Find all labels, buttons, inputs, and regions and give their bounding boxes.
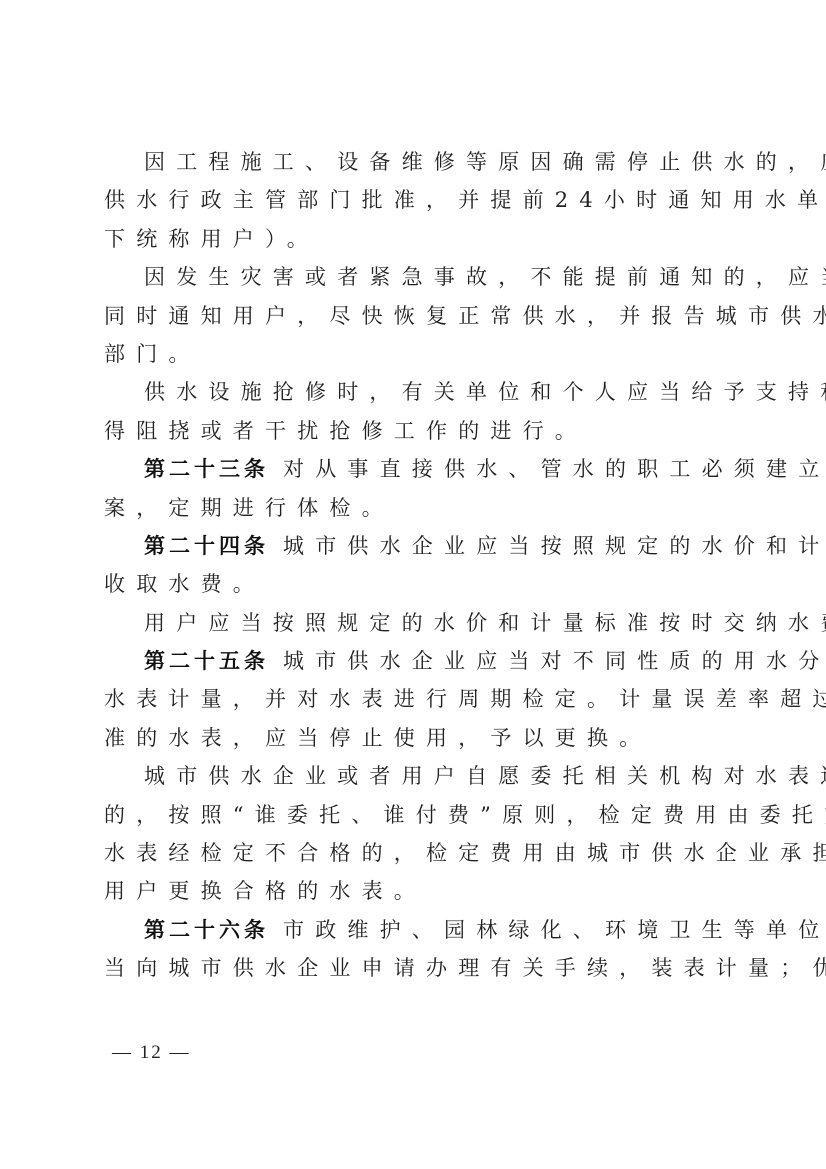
text-line: 因工程施工、设备维修等原因确需停止供水的，应当经城市	[104, 143, 728, 181]
text-line: 案，定期进行体检。	[104, 489, 728, 527]
line-text: 供水行政主管部门批准，并提前24小时通知用水单位和个人（以	[104, 188, 826, 212]
text-line: 供水设施抢修时，有关单位和个人应当给予支持和配合，不	[104, 373, 728, 411]
text-line: 用户应当按照规定的水价和计量标准按时交纳水费。	[104, 604, 728, 642]
document-page: 因工程施工、设备维修等原因确需停止供水的，应当经城市供水行政主管部门批准，并提前…	[0, 0, 826, 1169]
text-line: 收取水费。	[104, 565, 728, 603]
text-line: 同时通知用户，尽快恢复正常供水，并报告城市供水行政主管	[104, 297, 728, 335]
line-text: 准的水表，应当停止使用，予以更换。	[104, 726, 651, 750]
body-text: 因工程施工、设备维修等原因确需停止供水的，应当经城市供水行政主管部门批准，并提前…	[104, 143, 728, 988]
text-line: 用户更换合格的水表。	[104, 872, 728, 910]
line-text: 下统称用户）。	[104, 227, 319, 251]
text-line: 得阻挠或者干扰抢修工作的进行。	[104, 412, 728, 450]
article-line: 第二十三条对从事直接供水、管水的职工必须建立健康档	[104, 450, 728, 488]
article-line: 第二十四条城市供水企业应当按照规定的水价和计量标准	[104, 527, 728, 565]
text-line: 城市供水企业或者用户自愿委托相关机构对水表进行检定	[104, 757, 728, 795]
line-text: 用户更换合格的水表。	[104, 879, 426, 903]
line-text: 用户应当按照规定的水价和计量标准按时交纳水费。	[144, 611, 826, 635]
line-text: 城市供水企业或者用户自愿委托相关机构对水表进行检定	[144, 764, 826, 788]
text-line: 水表经检定不合格的，检定费用由城市供水企业承担，并免费为	[104, 834, 728, 872]
article-heading: 第二十四条	[144, 534, 269, 558]
line-text: 对从事直接供水、管水的职工必须建立健康档	[283, 457, 826, 481]
article-line: 第二十五条城市供水企业应当对不同性质的用水分别安装	[104, 642, 728, 680]
text-line: 准的水表，应当停止使用，予以更换。	[104, 719, 728, 757]
line-text: 市政维护、园林绿化、环境卫生等单位用水应	[283, 918, 826, 942]
article-line: 第二十六条市政维护、园林绿化、环境卫生等单位用水应	[104, 911, 728, 949]
line-text: 得阻挠或者干扰抢修工作的进行。	[104, 419, 587, 443]
line-text: 水表经检定不合格的，检定费用由城市供水企业承担，并免费为	[104, 841, 826, 865]
line-text: 水表计量，并对水表进行周期检定。计量误差率超过国家规定标	[104, 687, 826, 711]
article-heading: 第二十六条	[144, 918, 269, 942]
text-line: 部门。	[104, 335, 728, 373]
text-line: 下统称用户）。	[104, 220, 728, 258]
line-text: 因发生灾害或者紧急事故，不能提前通知的，应当在抢修的	[144, 265, 826, 289]
page-number: — 12 —	[112, 1042, 191, 1064]
line-text: 部门。	[104, 342, 201, 366]
text-line: 水表计量，并对水表进行周期检定。计量误差率超过国家规定标	[104, 680, 728, 718]
text-line: 供水行政主管部门批准，并提前24小时通知用水单位和个人（以	[104, 181, 728, 219]
article-heading: 第二十五条	[144, 649, 269, 673]
line-text: 的，按照“谁委托、谁付费”原则，检定费用由委托方支付，但	[104, 803, 826, 827]
article-heading: 第二十三条	[144, 457, 269, 481]
line-text: 收取水费。	[104, 572, 265, 596]
line-text: 案，定期进行体检。	[104, 496, 394, 520]
text-line: 的，按照“谁委托、谁付费”原则，检定费用由委托方支付，但	[104, 796, 728, 834]
line-text: 城市供水企业应当对不同性质的用水分别安装	[283, 649, 826, 673]
line-text: 因工程施工、设备维修等原因确需停止供水的，应当经城市	[144, 150, 826, 174]
line-text: 当向城市供水企业申请办理有关手续，装表计量；优先利用再生	[104, 956, 826, 980]
line-text: 城市供水企业应当按照规定的水价和计量标准	[283, 534, 826, 558]
text-line: 因发生灾害或者紧急事故，不能提前通知的，应当在抢修的	[104, 258, 728, 296]
line-text: 同时通知用户，尽快恢复正常供水，并报告城市供水行政主管	[104, 304, 826, 328]
line-text: 供水设施抢修时，有关单位和个人应当给予支持和配合，不	[144, 380, 826, 404]
text-line: 当向城市供水企业申请办理有关手续，装表计量；优先利用再生	[104, 949, 728, 987]
